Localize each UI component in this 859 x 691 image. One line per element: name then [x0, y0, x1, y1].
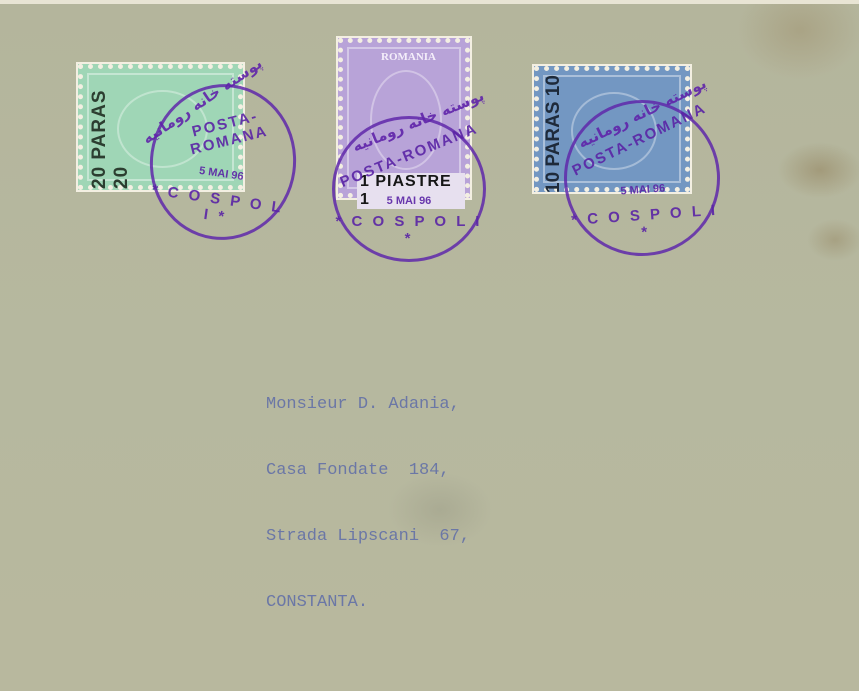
envelope: 20 PARAS 20 ROMANIA 1 PIASTRE 1 10 PARAS…: [0, 0, 859, 691]
postmark-bottom-text: * C O S P O L I *: [335, 213, 483, 247]
address-line-building: Casa Fondate 184,: [266, 460, 470, 482]
address-line-name: Monsieur D. Adania,: [266, 394, 470, 416]
postmark-bottom-text: * C O S P O L I *: [569, 202, 721, 246]
postmark-bottom-text: * C O S P O L I *: [145, 181, 288, 234]
address-line-city: CONSTANTA.: [266, 592, 470, 614]
stamp-overprint: 10 PARAS 10: [543, 75, 565, 193]
stamp-overprint: 20 PARAS 20: [89, 69, 133, 189]
address-line-street: Strada Lipscani 67,: [266, 526, 470, 548]
envelope-edge: [0, 0, 859, 4]
postmark-date: 5 MAI 96: [568, 179, 718, 201]
recipient-address: Monsieur D. Adania, Casa Fondate 184, St…: [266, 350, 470, 658]
postmark-date: 5 MAI 96: [335, 195, 483, 207]
stamp-country-label: ROMANIA: [381, 51, 436, 63]
